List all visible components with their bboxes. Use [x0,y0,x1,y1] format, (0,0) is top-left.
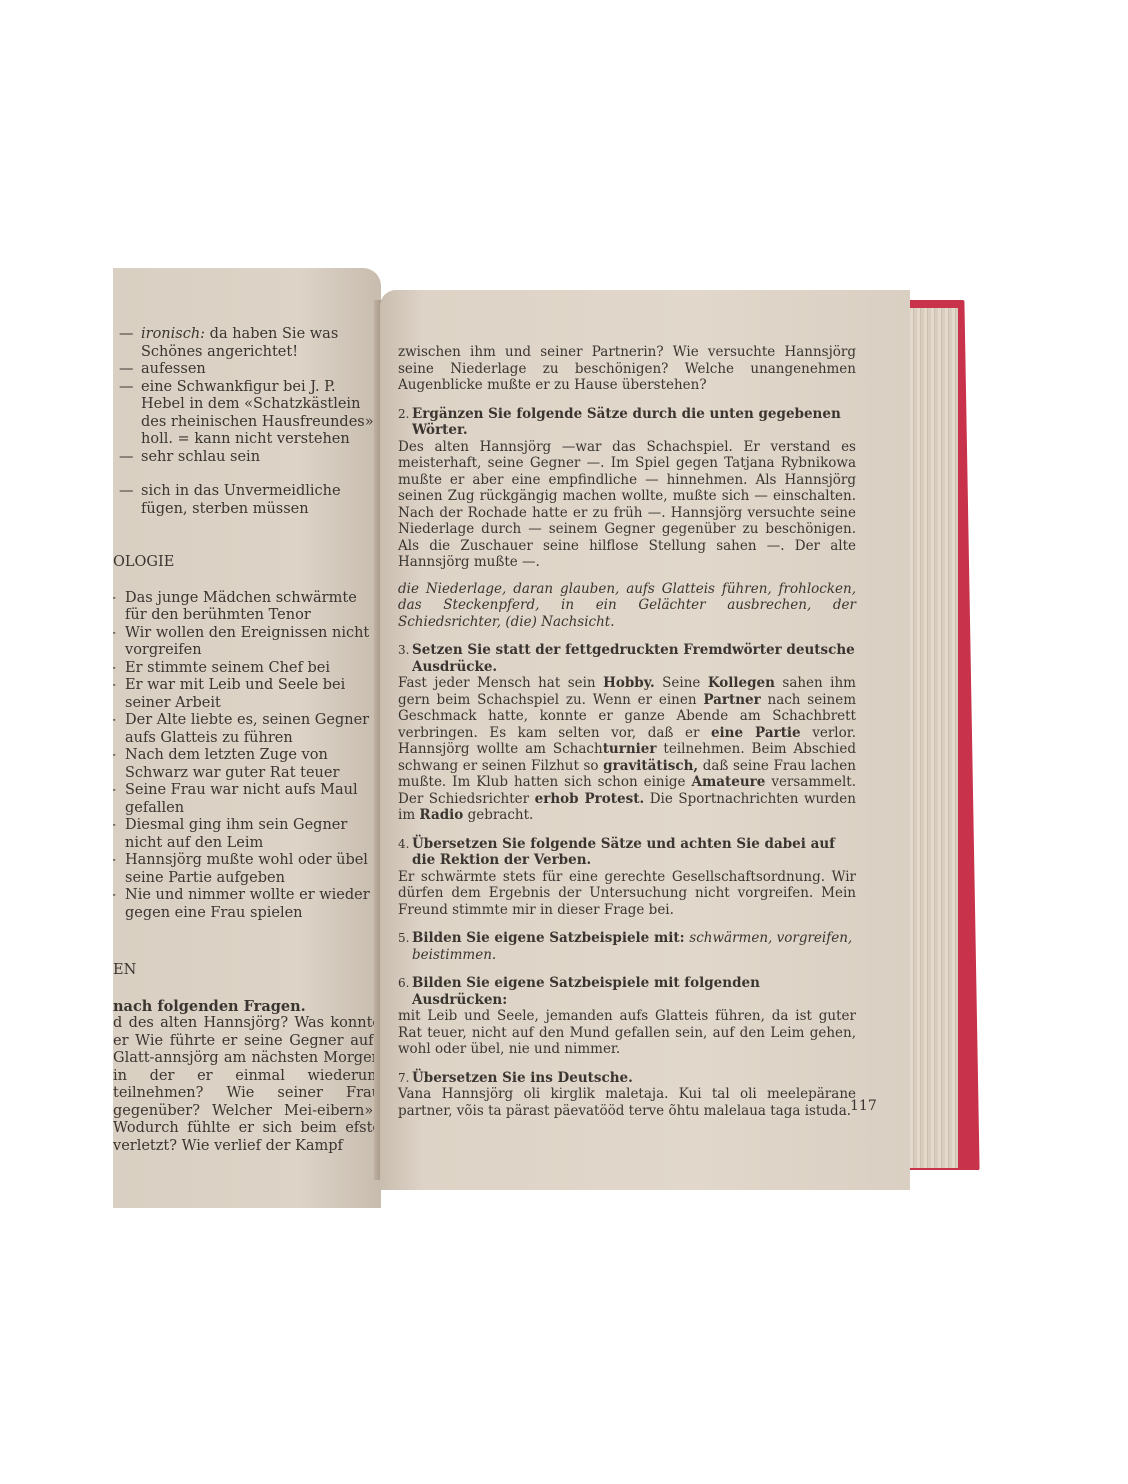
word-bank: die Niederlage, daran glauben, aufs Glat… [398,581,856,631]
right-page-text: zwischen ihm und seiner Partnerin? Wie v… [398,344,856,1119]
task-7: 7.Übersetzen Sie ins Deutsche. Vana Hann… [398,1070,856,1120]
phrase-item: -Das junge Mädchen schwärmte für den ber… [113,590,381,625]
left-page: — ironisch: da haben Sie was Schönes ang… [113,268,381,1208]
glossary-item: —sehr schlau sein [119,449,381,467]
glossary-item: —eine Schwankfigur bei J. P. Hebel in de… [119,379,381,449]
task-text: Er schwärmte stets für eine gerechte Ges… [398,869,856,919]
task-2: 2.Ergänzen Sie folgende Sätze durch die … [398,406,856,631]
right-page: zwischen ihm und seiner Partnerin? Wie v… [380,290,910,1190]
task-heading: Ergänzen Sie folgende Sätze durch die un… [412,406,856,439]
task1-heading: nach folgenden Fragen. [113,998,381,1016]
task-text: mit Leib und Seele, jemanden aufs Glatte… [398,1008,856,1058]
phrase-item: -Seine Frau war nicht aufs Maul gefallen [113,782,381,817]
task-heading: Bilden Sie eigene Satzbeispiele mit: [412,930,685,946]
task-heading: Bilden Sie eigene Satzbeispiele mit folg… [412,975,856,1008]
task-5: 5.Bilden Sie eigene Satzbeispiele mit: s… [398,930,856,963]
phrase-item: -Wir wollen den Ereignissen nicht vorgre… [113,625,381,660]
phrase-item: -Nach dem letzten Zuge von Schwarz war g… [113,747,381,782]
phrase-item: -Er stimmte seinem Chef bei [113,660,381,678]
glossary-item: — ironisch: da haben Sie was Schönes ang… [119,326,381,361]
task-heading: Übersetzen Sie folgende Sätze und achten… [412,836,856,869]
phrase-item: -Nie und nimmer wollte er wieder gegen e… [113,887,381,922]
phraseology-list: -Das junge Mädchen schwärmte für den ber… [113,590,381,923]
page-number: 117 [850,1098,877,1114]
task-text: Vana Hannsjörg oli kirglik maletaja. Kui… [398,1086,856,1119]
glossary-item: —aufessen [119,361,381,379]
exercises-heading: EN [113,962,381,980]
phrase-item: -Der Alte liebte es, seinen Gegner aufs … [113,712,381,747]
task-heading: Übersetzen Sie ins Deutsche. [412,1070,633,1087]
phrase-item: -Hannsjörg mußte wohl oder übel seine Pa… [113,852,381,887]
glossary-item: —sich in das Unvermeidliche fügen, sterb… [119,483,381,518]
open-book: — ironisch: da haben Sie was Schönes ang… [0,0,1128,1484]
phraseology-heading: OLOGIE [113,554,381,572]
task-4: 4.Übersetzen Sie folgende Sätze und acht… [398,836,856,919]
left-page-text: — ironisch: da haben Sie was Schönes ang… [119,326,381,1155]
task-text: Fast jeder Mensch hat sein Hobby. Seine … [398,675,856,824]
task-text: Des alten Hannsjörg —war das Schachspiel… [398,439,856,571]
phrase-item: -Diesmal ging ihm sein Gegner nicht auf … [113,817,381,852]
task-heading: Setzen Sie statt der fettgedruckten Frem… [412,642,856,675]
continuation-text: zwischen ihm und seiner Partnerin? Wie v… [398,344,856,394]
phrase-item: -Er war mit Leib und Seele bei seiner Ar… [113,677,381,712]
task-6: 6.Bilden Sie eigene Satzbeispiele mit fo… [398,975,856,1058]
task-3: 3.Setzen Sie statt der fettgedruckten Fr… [398,642,856,824]
task1-text: d des alten Hannsjörg? Was konnte er Wie… [113,1015,381,1155]
